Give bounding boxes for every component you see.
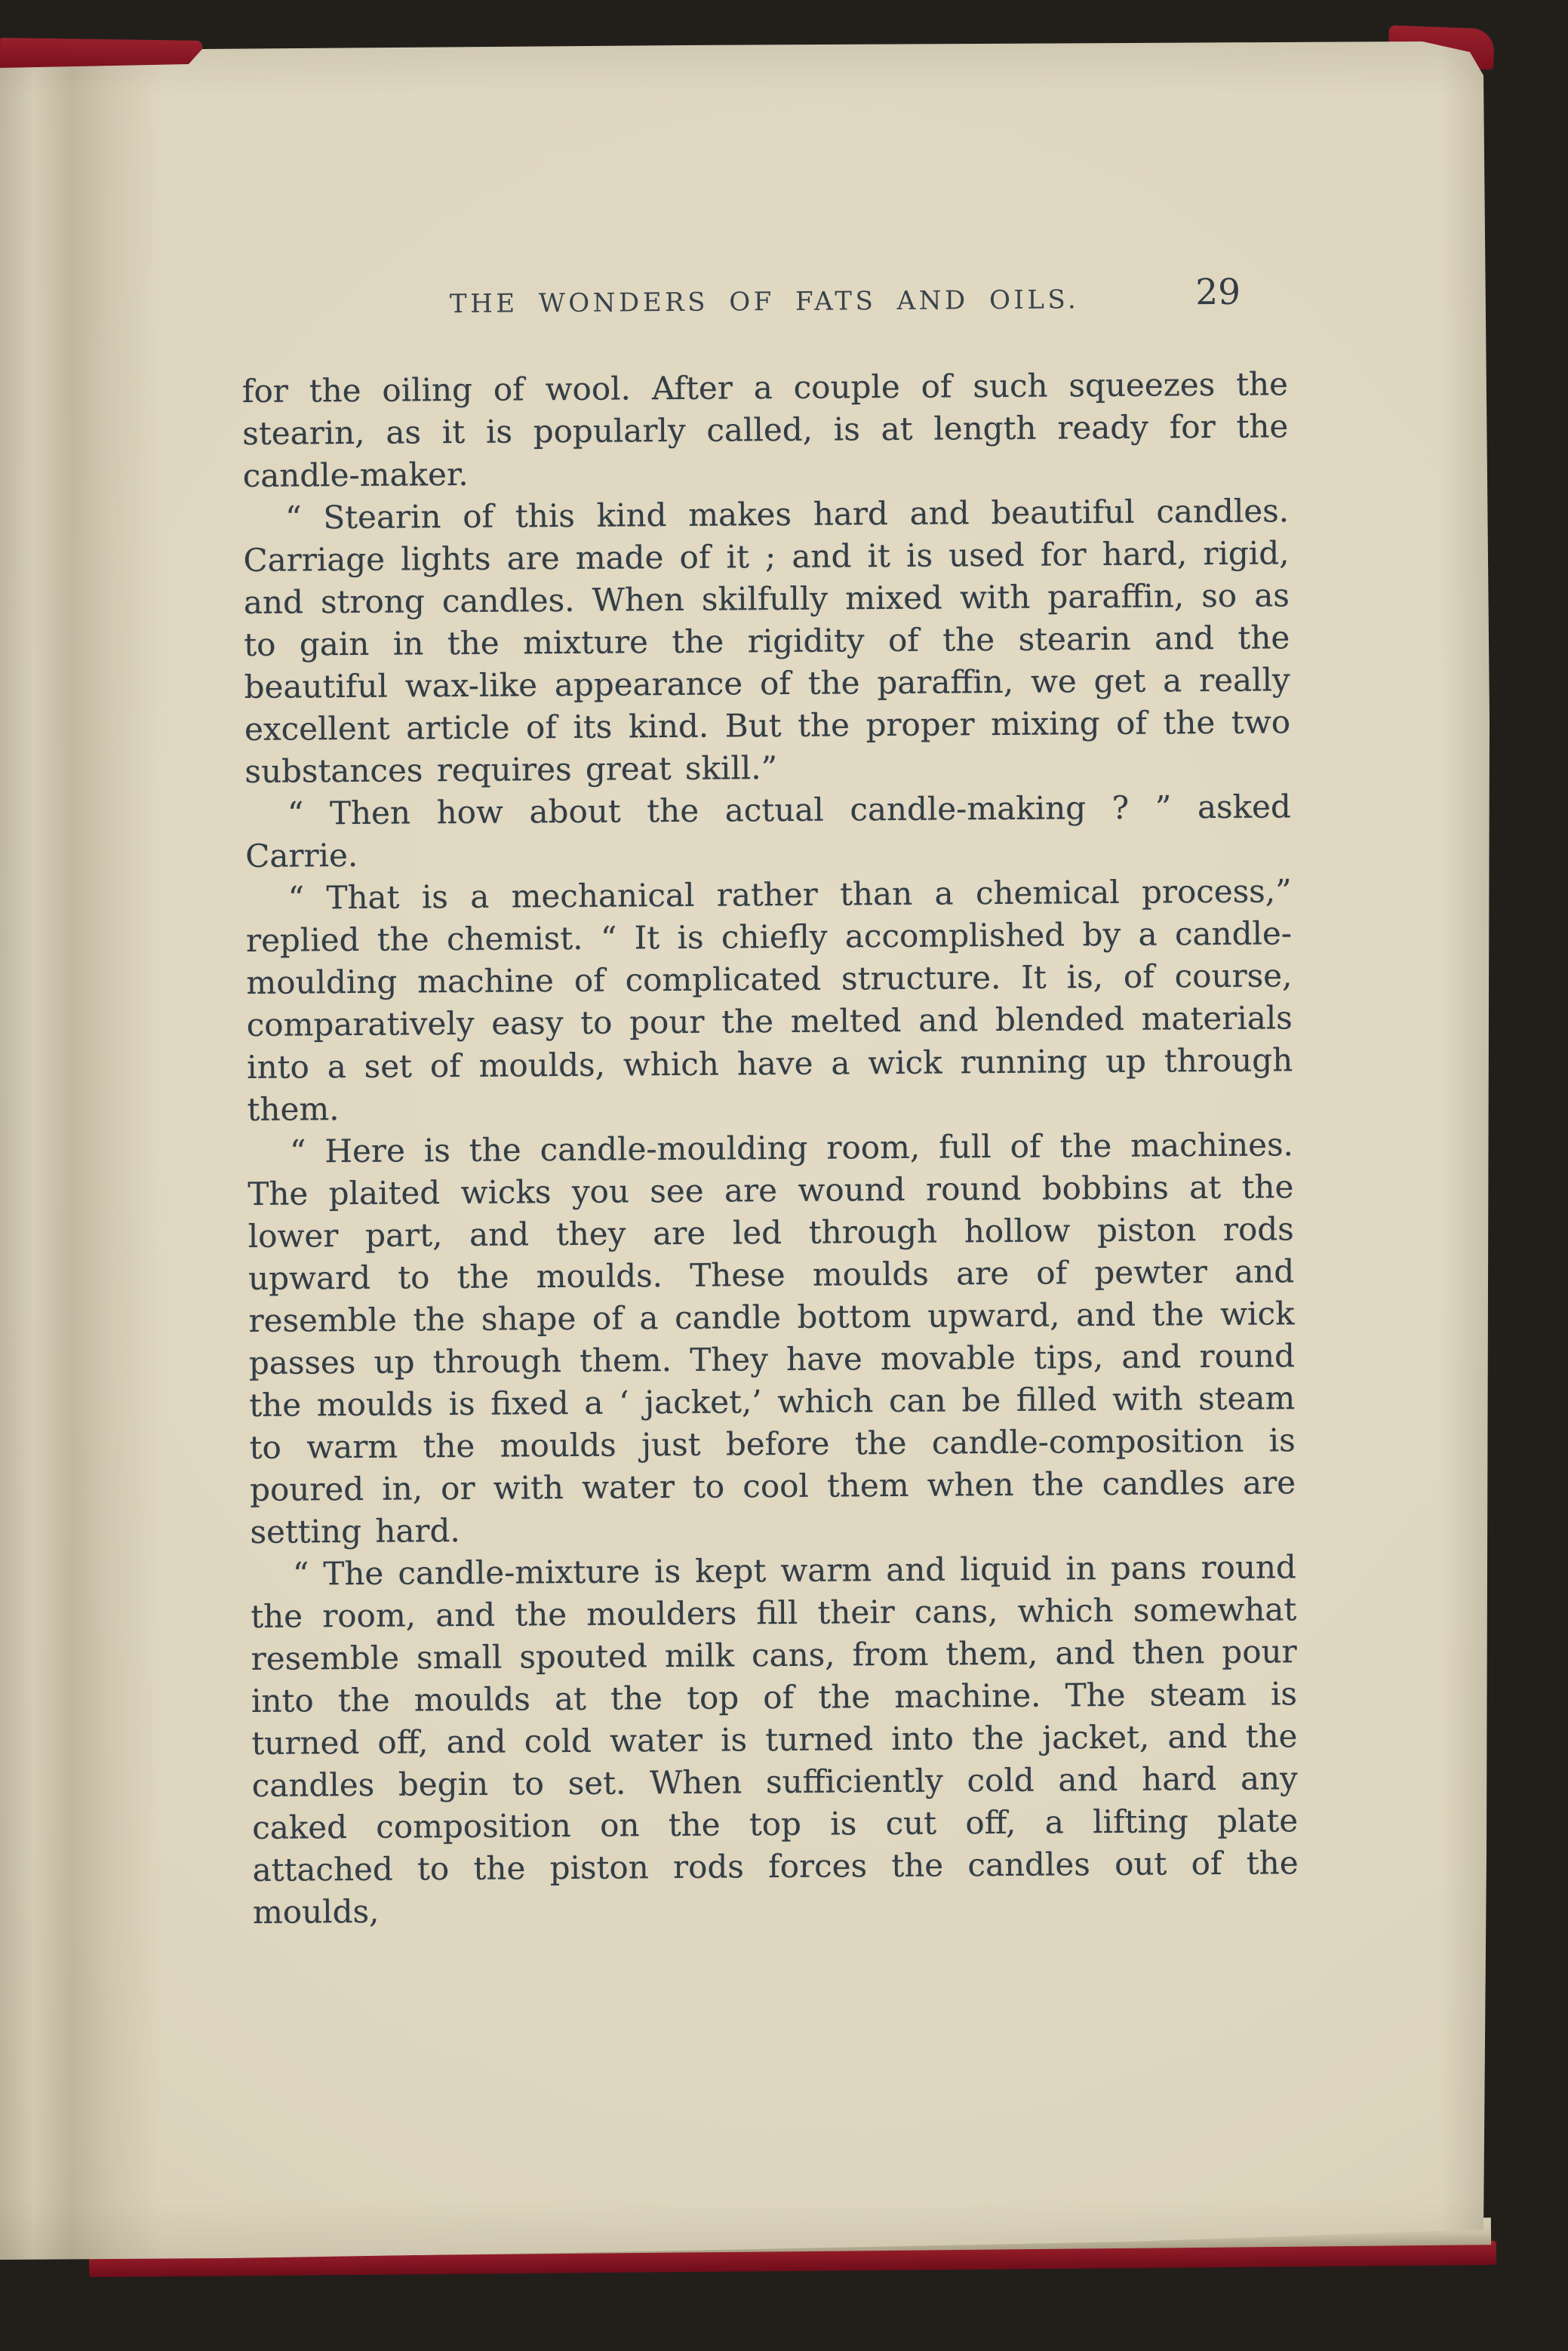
paragraph: “ The candle-mixture is kept warm and li…	[251, 1546, 1299, 1934]
running-title: THE WONDERS OF FATS AND OILS.	[241, 283, 1287, 321]
page-number: 29	[1195, 272, 1241, 313]
photo-backdrop: THE WONDERS OF FATS AND OILS. 29 for the…	[0, 0, 1568, 2351]
page-header: THE WONDERS OF FATS AND OILS. 29	[241, 283, 1287, 336]
paragraph: “ That is a mechanical rather than a che…	[245, 870, 1293, 1131]
paragraph: “ Stearin of this kind makes hard and be…	[243, 490, 1291, 793]
paragraph: for the oiling of wool. After a couple o…	[242, 363, 1289, 497]
text-block: THE WONDERS OF FATS AND OILS. 29 for the…	[241, 283, 1299, 1934]
book-page: THE WONDERS OF FATS AND OILS. 29 for the…	[0, 41, 1490, 2267]
body-text: for the oiling of wool. After a couple o…	[242, 363, 1299, 1934]
paragraph: “ Here is the candle-moulding room, full…	[247, 1123, 1296, 1554]
paragraph: “ Then how about the actual candle-makin…	[245, 785, 1292, 877]
